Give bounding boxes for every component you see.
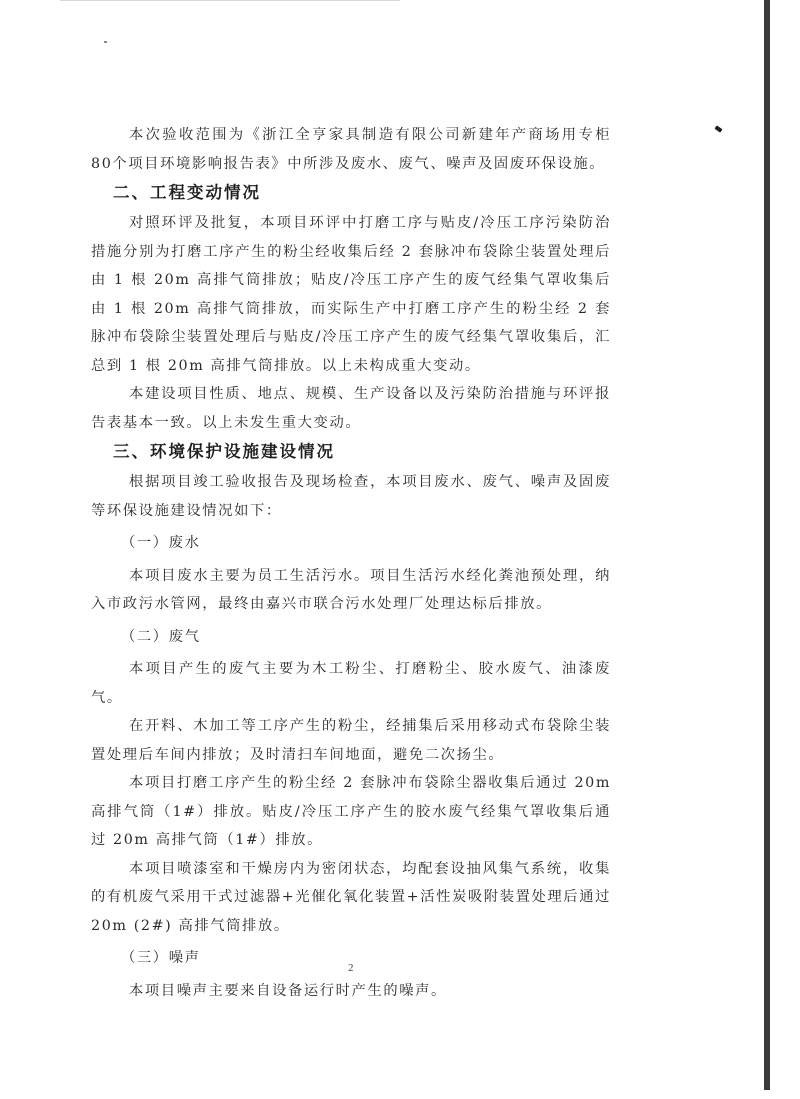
document-page: 本次验收范围为《浙江全亨家具制造有限公司新建年产商场用专柜80个项目环境影响报告…: [91, 121, 611, 1005]
heading-env-facilities: 三、环境保护设施建设情况: [91, 438, 611, 466]
page-number: 2: [348, 962, 354, 974]
paragraph-sanding-dust: 本项目打磨工序产生的粉尘经 2 套脉冲布袋除尘器收集后通过 20m 高排气筒（1…: [91, 769, 611, 855]
paragraph-facilities-intro: 根据项目竣工验收报告及现场检查，本项目废水、废气、噪声及固废等环保设施建设情况如…: [91, 468, 611, 525]
subheading-waste-gas: （二）废气: [91, 623, 611, 652]
paragraph-wastewater: 本项目废水主要为员工生活污水。项目生活污水经化粪池预处理，纳入市政污水管网，最终…: [91, 562, 611, 619]
paragraph-changes-summary: 本建设项目性质、地点、规模、生产设备以及污染防治措施与环评报告表基本一致。以上未…: [91, 380, 611, 437]
paragraph-waste-gas-types: 本项目产生的废气主要为木工粉尘、打磨粉尘、胶水废气、油漆废气。: [91, 655, 611, 712]
heading-project-changes: 二、工程变动情况: [91, 179, 611, 207]
subheading-wastewater: （一）废水: [91, 529, 611, 558]
paragraph-changes-comparison: 对照环评及批复，本项目环评中打磨工序与贴皮/冷压工序污染防治措施分别为打磨工序产…: [91, 209, 611, 380]
scan-artifact-line: [60, 0, 400, 1]
paragraph-woodwork-dust: 在开料、木加工等工序产生的粉尘，经捕集后采用移动式布袋除尘装置处理后车间内排放；…: [91, 712, 611, 769]
paragraph-scope: 本次验收范围为《浙江全亨家具制造有限公司新建年产商场用专柜80个项目环境影响报告…: [91, 121, 611, 178]
scan-mark: [714, 125, 722, 132]
paragraph-noise: 本项目噪声主要来自设备运行时产生的噪声。: [91, 977, 611, 1006]
scan-speck: [104, 41, 107, 43]
scan-edge-shadow: [764, 0, 770, 1090]
paragraph-paint-gas: 本项目喷漆室和干燥房内为密闭状态，均配套设抽风集气系统，收集的有机废气采用干式过…: [91, 855, 611, 941]
